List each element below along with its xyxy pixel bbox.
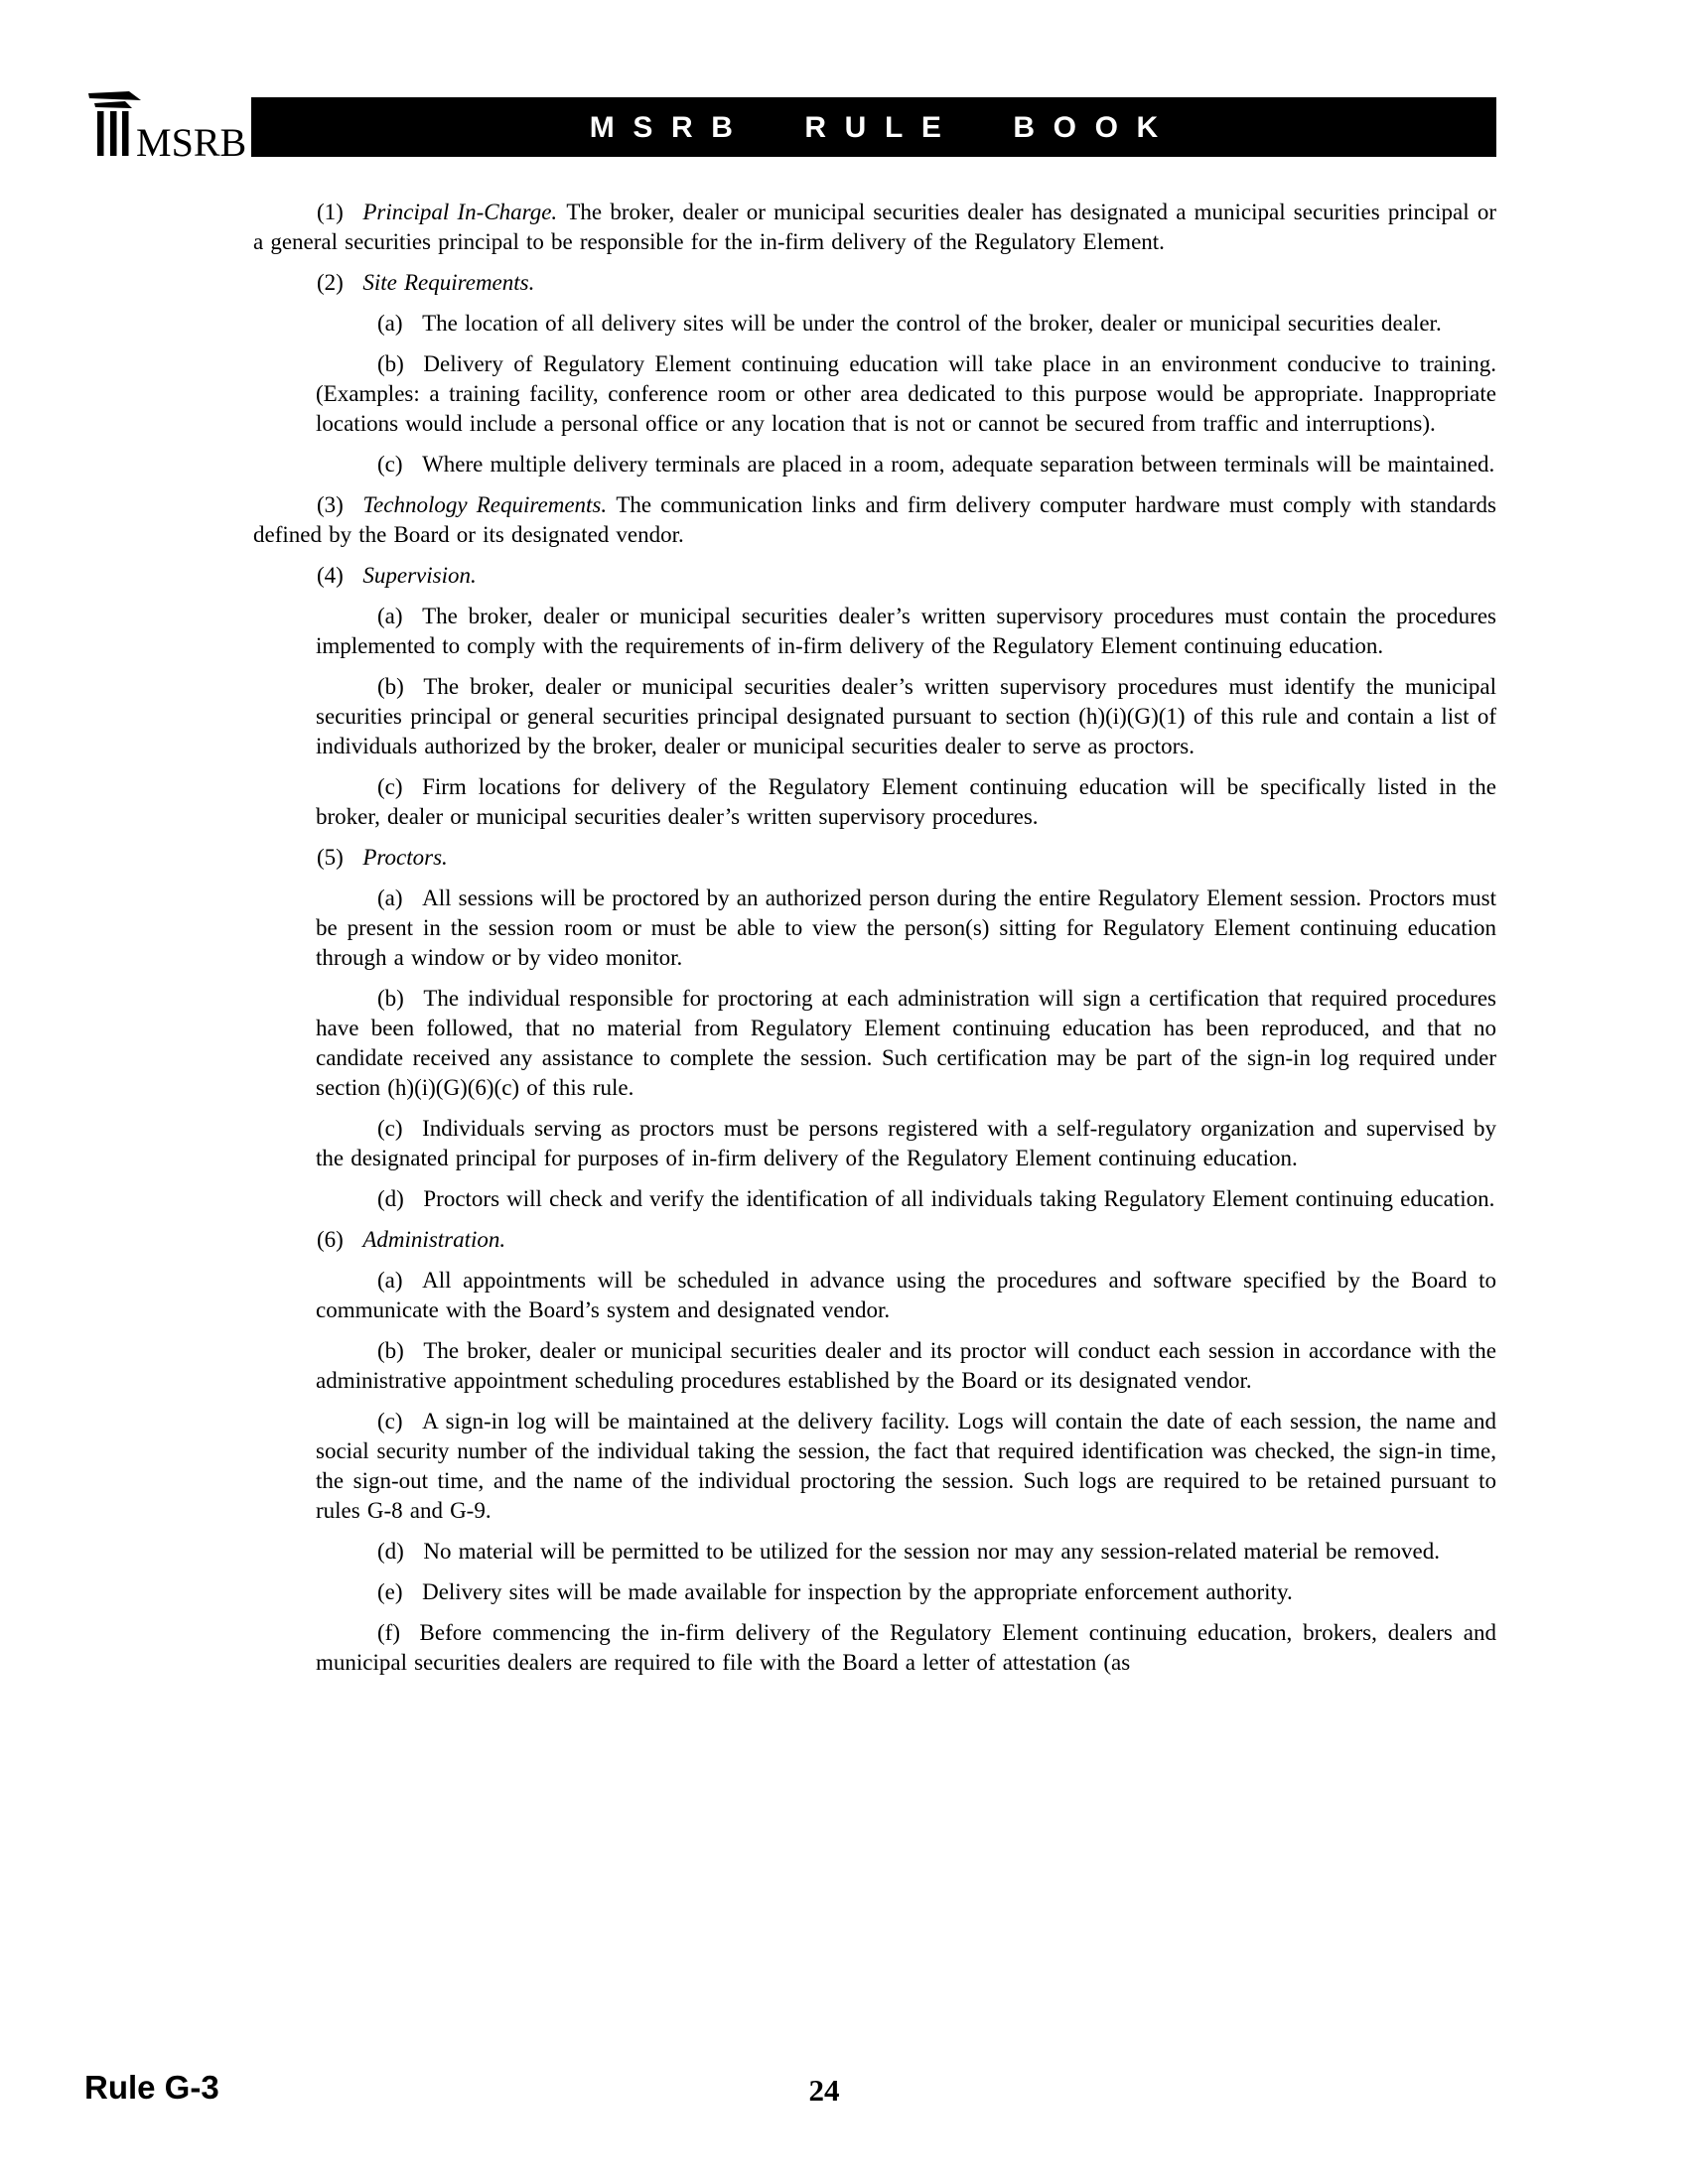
rule-paragraph: (b)The individual responsible for procto… xyxy=(253,984,1496,1103)
item-title: Administration. xyxy=(362,1227,505,1252)
item-text: Proctors will check and verify the ident… xyxy=(423,1186,1494,1211)
rule-paragraph: (a)The location of all delivery sites wi… xyxy=(253,309,1496,339)
item-label: (6) xyxy=(317,1227,344,1252)
item-label: (b) xyxy=(377,351,404,376)
item-text: The broker, dealer or municipal securiti… xyxy=(316,604,1496,658)
item-text: The broker, dealer or municipal securiti… xyxy=(316,1338,1496,1393)
item-label: (5) xyxy=(317,845,344,870)
item-label: (b) xyxy=(377,1338,404,1363)
rule-paragraph: (b)Delivery of Regulatory Element contin… xyxy=(253,349,1496,439)
rule-paragraph: (b)The broker, dealer or municipal secur… xyxy=(253,1336,1496,1396)
rule-paragraph: (a)All appointments will be scheduled in… xyxy=(253,1266,1496,1325)
rule-paragraph: (b)The broker, dealer or municipal secur… xyxy=(253,672,1496,761)
item-label: (c) xyxy=(377,1116,403,1141)
rule-paragraph: (2)Site Requirements. xyxy=(253,268,1496,298)
column-icon: MSRB xyxy=(77,84,256,179)
item-text: All sessions will be proctored by an aut… xyxy=(316,886,1496,970)
item-label: (b) xyxy=(377,674,404,699)
item-label: (e) xyxy=(377,1579,403,1604)
item-label: (3) xyxy=(317,492,344,517)
item-label: (4) xyxy=(317,563,344,588)
rule-paragraph: (a)The broker, dealer or municipal secur… xyxy=(253,602,1496,661)
item-title: Technology Requirements. xyxy=(362,492,607,517)
item-text: Delivery sites will be made available fo… xyxy=(422,1579,1293,1604)
rule-paragraph: (c)Firm locations for delivery of the Re… xyxy=(253,772,1496,832)
footer-rule-label: Rule G-3 xyxy=(84,2069,219,2107)
item-label: (b) xyxy=(377,986,404,1011)
item-text: All appointments will be scheduled in ad… xyxy=(316,1268,1496,1322)
rule-paragraph: (c)A sign-in log will be maintained at t… xyxy=(253,1407,1496,1526)
item-label: (a) xyxy=(377,604,403,628)
item-label: (a) xyxy=(377,886,403,910)
item-text: The individual responsible for proctorin… xyxy=(316,986,1496,1100)
rulebook-title: MSRB RULE BOOK xyxy=(571,111,1177,145)
rule-paragraph: (e)Delivery sites will be made available… xyxy=(253,1577,1496,1607)
item-label: (1) xyxy=(317,200,344,224)
rule-paragraph: (1)Principal In-Charge.The broker, deale… xyxy=(253,198,1496,257)
item-title: Supervision. xyxy=(362,563,476,588)
item-text: Delivery of Regulatory Element continuin… xyxy=(316,351,1496,436)
item-text: Firm locations for delivery of the Regul… xyxy=(316,774,1496,829)
document-page: MSRB MSRB RULE BOOK (1)Principal In-Char… xyxy=(0,0,1688,2184)
item-label: (d) xyxy=(377,1539,404,1564)
msrb-logo: MSRB xyxy=(77,84,256,179)
item-text: A sign-in log will be maintained at the … xyxy=(316,1409,1496,1523)
item-title: Site Requirements. xyxy=(362,270,534,295)
item-text: Before commencing the in-firm delivery o… xyxy=(316,1620,1496,1675)
item-label: (c) xyxy=(377,774,403,799)
rule-paragraph: (4)Supervision. xyxy=(253,561,1496,591)
rulebook-title-bar: MSRB RULE BOOK xyxy=(251,97,1496,157)
footer-page-number: 24 xyxy=(755,2073,894,2109)
item-title: Principal In-Charge. xyxy=(362,200,557,224)
item-label: (d) xyxy=(377,1186,404,1211)
item-text: No material will be permitted to be util… xyxy=(423,1539,1440,1564)
rule-paragraph: (d)Proctors will check and verify the id… xyxy=(253,1184,1496,1214)
item-text: The location of all delivery sites will … xyxy=(422,311,1442,336)
rule-paragraph: (d)No material will be permitted to be u… xyxy=(253,1537,1496,1567)
item-title: Proctors. xyxy=(362,845,447,870)
item-label: (c) xyxy=(377,1409,403,1433)
rule-paragraph: (c)Where multiple delivery terminals are… xyxy=(253,450,1496,479)
item-text: The broker, dealer or municipal securiti… xyxy=(316,674,1496,758)
rule-paragraph: (3)Technology Requirements.The communica… xyxy=(253,490,1496,550)
rule-paragraph: (c)Individuals serving as proctors must … xyxy=(253,1114,1496,1173)
item-label: (c) xyxy=(377,452,403,477)
rule-text-body: (1)Principal In-Charge.The broker, deale… xyxy=(253,198,1496,1689)
item-label: (a) xyxy=(377,311,403,336)
logo-text: MSRB xyxy=(136,120,246,165)
rule-paragraph: (a)All sessions will be proctored by an … xyxy=(253,884,1496,973)
item-label: (a) xyxy=(377,1268,403,1293)
rule-paragraph: (5)Proctors. xyxy=(253,843,1496,873)
rule-paragraph: (6)Administration. xyxy=(253,1225,1496,1255)
item-text: Where multiple delivery terminals are pl… xyxy=(422,452,1494,477)
item-label: (2) xyxy=(317,270,344,295)
item-text: Individuals serving as proctors must be … xyxy=(316,1116,1496,1170)
rule-paragraph: (f)Before commencing the in-firm deliver… xyxy=(253,1618,1496,1678)
item-label: (f) xyxy=(377,1620,400,1645)
